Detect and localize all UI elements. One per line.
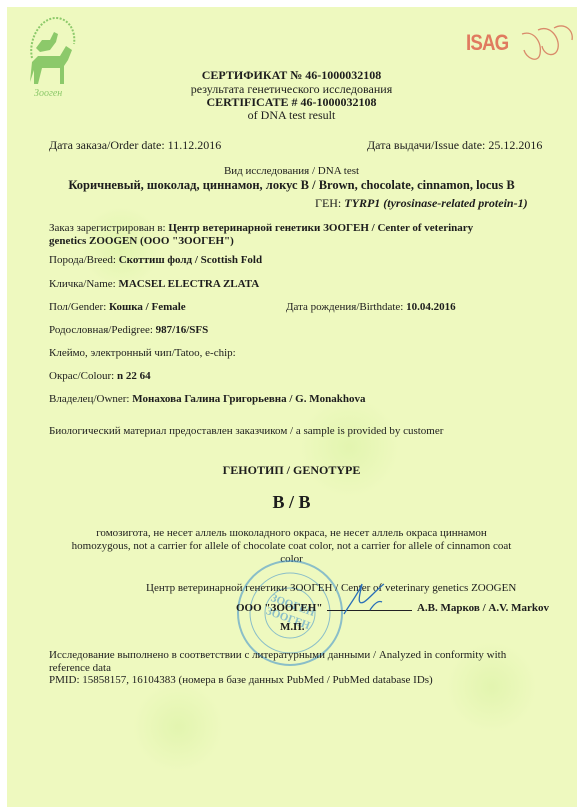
breed-value: Скоттиш фолд / Scottish Fold bbox=[119, 254, 262, 266]
handwritten-signature-icon bbox=[340, 580, 390, 620]
issue-date-value: 25.12.2016 bbox=[488, 138, 542, 152]
registration-label: Заказ зарегистрирован в: bbox=[49, 222, 166, 234]
certificate-page bbox=[7, 7, 577, 807]
sample-note: Биологический материал предоставлен зака… bbox=[49, 425, 443, 437]
birthdate: Дата рождения/Birthdate: 10.04.2016 bbox=[286, 301, 456, 313]
registration-value-line2: genetics ZOOGEN (ООО "ЗООГЕН") bbox=[49, 235, 234, 247]
signature-org: Центр ветеринарной генетики ЗООГЕН / Cen… bbox=[146, 582, 516, 594]
owner: Владелец/Owner: Монахова Галина Григорье… bbox=[49, 393, 365, 405]
dna-helix-icon bbox=[520, 20, 575, 65]
animal-name-value: MACSEL ELECTRA ZLATA bbox=[118, 278, 259, 290]
genotype-value: B / B bbox=[0, 492, 583, 513]
reference-note: Исследование выполнено в соответствии с … bbox=[49, 649, 549, 687]
signature-company: ООО "ЗООГЕН" bbox=[236, 602, 322, 614]
genotype-heading: ГЕНОТИП / GENOTYPE bbox=[0, 463, 583, 478]
signature-signer: А.В. Марков / A.V. Markov bbox=[417, 602, 549, 614]
birthdate-value: 10.04.2016 bbox=[406, 301, 456, 313]
gene-value: TYRP1 (tyrosinase-related protein-1) bbox=[344, 196, 527, 210]
order-date: Дата заказа/Order date: 11.12.2016 bbox=[49, 138, 221, 153]
animal-name: Кличка/Name: MACSEL ELECTRA ZLATA bbox=[49, 278, 259, 290]
dna-test-name: Коричневый, шоколад, циннамон, локус B /… bbox=[0, 178, 583, 193]
colour-label: Окрас/Colour: bbox=[49, 370, 114, 382]
genotype-desc-en-line1: homozygous, not a carrier for allele of … bbox=[0, 540, 583, 552]
animal-name-label: Кличка/Name: bbox=[49, 278, 116, 290]
gene: ГЕН: TYRP1 (tyrosinase-related protein-1… bbox=[315, 196, 528, 211]
e-chip: Клеймо, электронный чип/Tatoo, e-chip: bbox=[49, 347, 236, 359]
registration-value-line1: Центр ветеринарной генетики ЗООГЕН / Cen… bbox=[168, 222, 473, 234]
colour-value: n 22 64 bbox=[117, 370, 151, 382]
order-date-label: Дата заказа/Order date: bbox=[49, 138, 165, 152]
owner-label: Владелец/Owner: bbox=[49, 393, 130, 405]
owner-value: Монахова Галина Григорьевна / G. Monakho… bbox=[132, 393, 365, 405]
isag-logo: ISAG bbox=[460, 20, 575, 70]
registration: Заказ зарегистрирован в: Центр ветеринар… bbox=[49, 222, 549, 248]
gender-value: Кошка / Female bbox=[109, 301, 186, 313]
breed-label: Порода/Breed: bbox=[49, 254, 116, 266]
reference-note-line1: Исследование выполнено в соответствии с … bbox=[49, 649, 506, 661]
pedigree: Родословная/Pedigree: 987/16/SFS bbox=[49, 324, 208, 336]
certificate-subtitle-en: of DNA test result bbox=[0, 108, 583, 123]
seal-place-label: М.П. bbox=[280, 621, 304, 633]
gender-label: Пол/Gender: bbox=[49, 301, 106, 313]
dna-test-label: Вид исследования / DNA test bbox=[0, 165, 583, 177]
issue-date-label: Дата выдачи/Issue date: bbox=[367, 138, 485, 152]
breed: Порода/Breed: Скоттиш фолд / Scottish Fo… bbox=[49, 254, 262, 266]
e-chip-label: Клеймо, электронный чип/Tatoo, e-chip: bbox=[49, 347, 236, 359]
pedigree-label: Родословная/Pedigree: bbox=[49, 324, 153, 336]
pmid-list: PMID: 15858157, 16104383 (номера в базе … bbox=[49, 674, 433, 686]
gender: Пол/Gender: Кошка / Female bbox=[49, 301, 186, 313]
order-date-value: 11.12.2016 bbox=[168, 138, 222, 152]
birthdate-label: Дата рождения/Birthdate: bbox=[286, 301, 403, 313]
colour: Окрас/Colour: n 22 64 bbox=[49, 370, 151, 382]
signature-line: ООО "ЗООГЕН" А.В. Марков / A.V. Markov bbox=[236, 602, 549, 614]
isag-logo-text: ISAG bbox=[466, 30, 508, 56]
pedigree-value: 987/16/SFS bbox=[156, 324, 209, 336]
genotype-desc-ru: гомозигота, не несет аллель шоколадного … bbox=[0, 527, 583, 539]
issue-date: Дата выдачи/Issue date: 25.12.2016 bbox=[367, 138, 542, 153]
certificate-title-ru: СЕРТИФИКАТ № 46-1000032108 bbox=[0, 68, 583, 83]
reference-note-line2: reference data bbox=[49, 662, 111, 674]
gene-label: ГЕН: bbox=[315, 196, 341, 210]
